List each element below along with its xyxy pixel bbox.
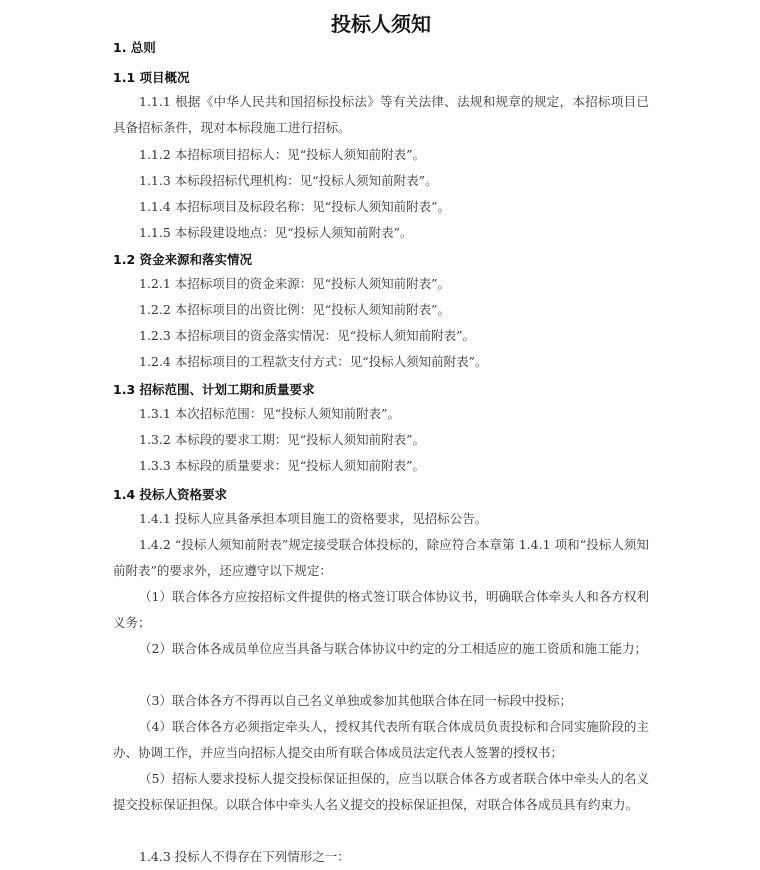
subsection-heading-1-2: 1.2 资金来源和落实情况 bbox=[113, 250, 252, 268]
clause-1-3-2: 1.3.2 本标段的要求工期：见“投标人须知前附表”。 bbox=[139, 427, 649, 453]
clause-1-4-3: 1.4.3 投标人不得存在下列情形之一： bbox=[139, 844, 649, 870]
clause-1-2-3: 1.2.3 本招标项目的资金落实情况：见“投标人须知前附表”。 bbox=[139, 323, 649, 349]
joint-venture-rule-3: （3）联合体各方不得再以自己名义单独或参加其他联合体在同一标段中投标； bbox=[113, 688, 649, 714]
subsection-heading-1-4: 1.4 投标人资格要求 bbox=[113, 485, 227, 503]
section-heading-general: 1. 总则 bbox=[113, 38, 156, 56]
joint-venture-rule-1: （1）联合体各方应按招标文件提供的格式签订联合体协议书，明确联合体牵头人和各方权… bbox=[113, 584, 649, 636]
subsection-heading-1-3: 1.3 招标范围、计划工期和质量要求 bbox=[113, 380, 315, 398]
document-title: 投标人须知 bbox=[113, 8, 649, 37]
clause-1-3-3: 1.3.3 本标段的质量要求：见“投标人须知前附表”。 bbox=[139, 453, 649, 479]
subsection-heading-1-1: 1.1 项目概况 bbox=[113, 68, 190, 86]
clause-1-1-2: 1.1.2 本招标项目招标人：见“投标人须知前附表”。 bbox=[139, 142, 649, 168]
clause-1-2-2: 1.2.2 本招标项目的出资比例：见“投标人须知前附表”。 bbox=[139, 297, 649, 323]
joint-venture-rule-4: （4）联合体各方必须指定牵头人，授权其代表所有联合体成员负责投标和合同实施阶段的… bbox=[113, 714, 649, 766]
clause-1-1-5: 1.1.5 本标段建设地点：见“投标人须知前附表”。 bbox=[139, 220, 649, 246]
clause-1-4-2: 1.4.2 “投标人须知前附表”规定接受联合体投标的，除应符合本章第 1.4.1… bbox=[113, 532, 649, 584]
clause-1-1-1: 1.1.1 根据《中华人民共和国招标投标法》等有关法律、法规和规章的规定，本招标… bbox=[113, 89, 649, 141]
clause-1-2-4: 1.2.4 本招标项目的工程款支付方式：见“投标人须知前附表”。 bbox=[139, 349, 649, 375]
clause-1-2-1: 1.2.1 本招标项目的资金来源：见“投标人须知前附表”。 bbox=[139, 271, 649, 297]
clause-1-1-3: 1.1.3 本标段招标代理机构：见“投标人须知前附表”。 bbox=[139, 168, 649, 194]
clause-1-3-1: 1.3.1 本次招标范围：见“投标人须知前附表”。 bbox=[139, 401, 649, 427]
joint-venture-rule-5: （5）招标人要求投标人提交投标保证担保的，应当以联合体各方或者联合体中牵头人的名… bbox=[113, 766, 649, 818]
clause-1-1-4: 1.1.4 本招标项目及标段名称：见“投标人须知前附表”。 bbox=[139, 194, 649, 220]
clause-1-4-1: 1.4.1 投标人应具备承担本项目施工的资格要求，见招标公告。 bbox=[139, 506, 649, 532]
joint-venture-rule-2: （2）联合体各成员单位应当具备与联合体协议中约定的分工相适应的施工资质和施工能力… bbox=[113, 636, 649, 662]
